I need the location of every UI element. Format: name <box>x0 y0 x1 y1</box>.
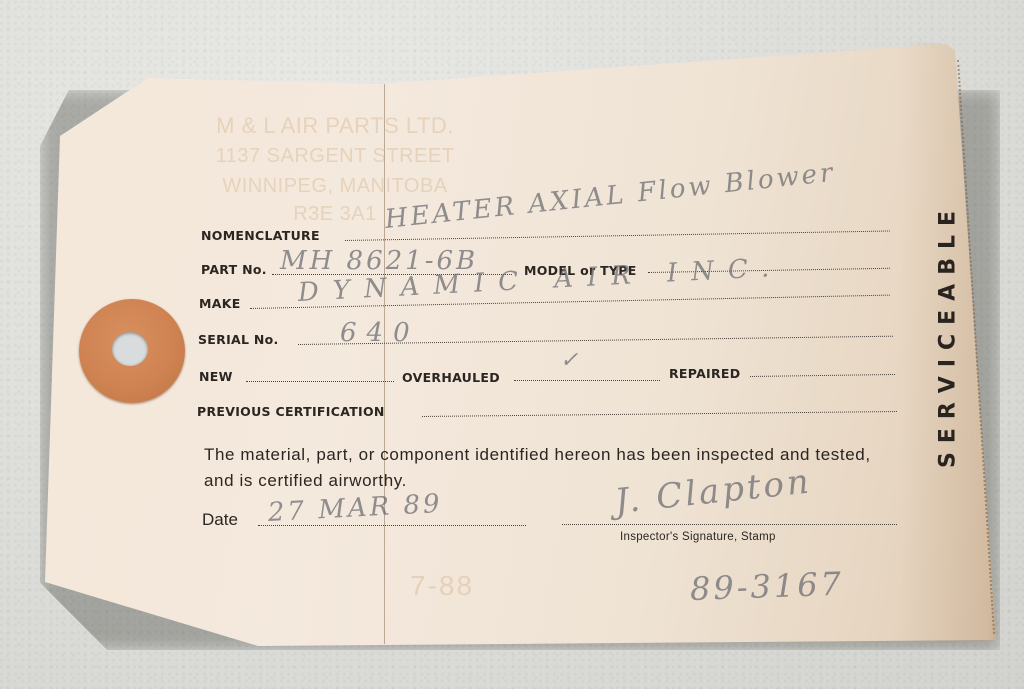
serial-number-label: SERIAL No. <box>198 332 279 347</box>
new-label: NEW <box>199 369 233 384</box>
serial-number-value: 640 <box>340 318 420 348</box>
letterhead-company: M & L AIR PARTS LTD. <box>170 112 500 140</box>
nomenclature-label: NOMENCLATURE <box>201 228 320 243</box>
overhauled-label: OVERHAULED <box>402 370 500 385</box>
date-label: Date <box>202 510 238 530</box>
reference-number: 89-3167 <box>689 565 844 608</box>
letterhead-city: WINNIPEG, MANITOBA <box>170 172 500 200</box>
signature-caption: Inspector's Signature, Stamp <box>620 531 776 543</box>
previous-certification-label: PREVIOUS CERTIFICATION <box>197 404 385 419</box>
grommet-hole <box>112 332 148 366</box>
letterhead-street: 1137 SARGENT STREET <box>170 142 500 170</box>
make-label: MAKE <box>199 296 241 311</box>
signature-line <box>562 524 897 525</box>
serviceable-vertical-label: SERVICEABLE <box>936 202 961 468</box>
repaired-label: REPAIRED <box>669 366 740 381</box>
overhauled-check-mark: ✓ <box>560 348 581 373</box>
overhauled-line <box>514 380 660 381</box>
part-number-label: PART No. <box>201 262 267 277</box>
tag-grommet-reinforcement <box>79 299 185 403</box>
new-line <box>246 381 394 382</box>
bottom-bleedthrough-text: 7-88 <box>410 570 474 602</box>
